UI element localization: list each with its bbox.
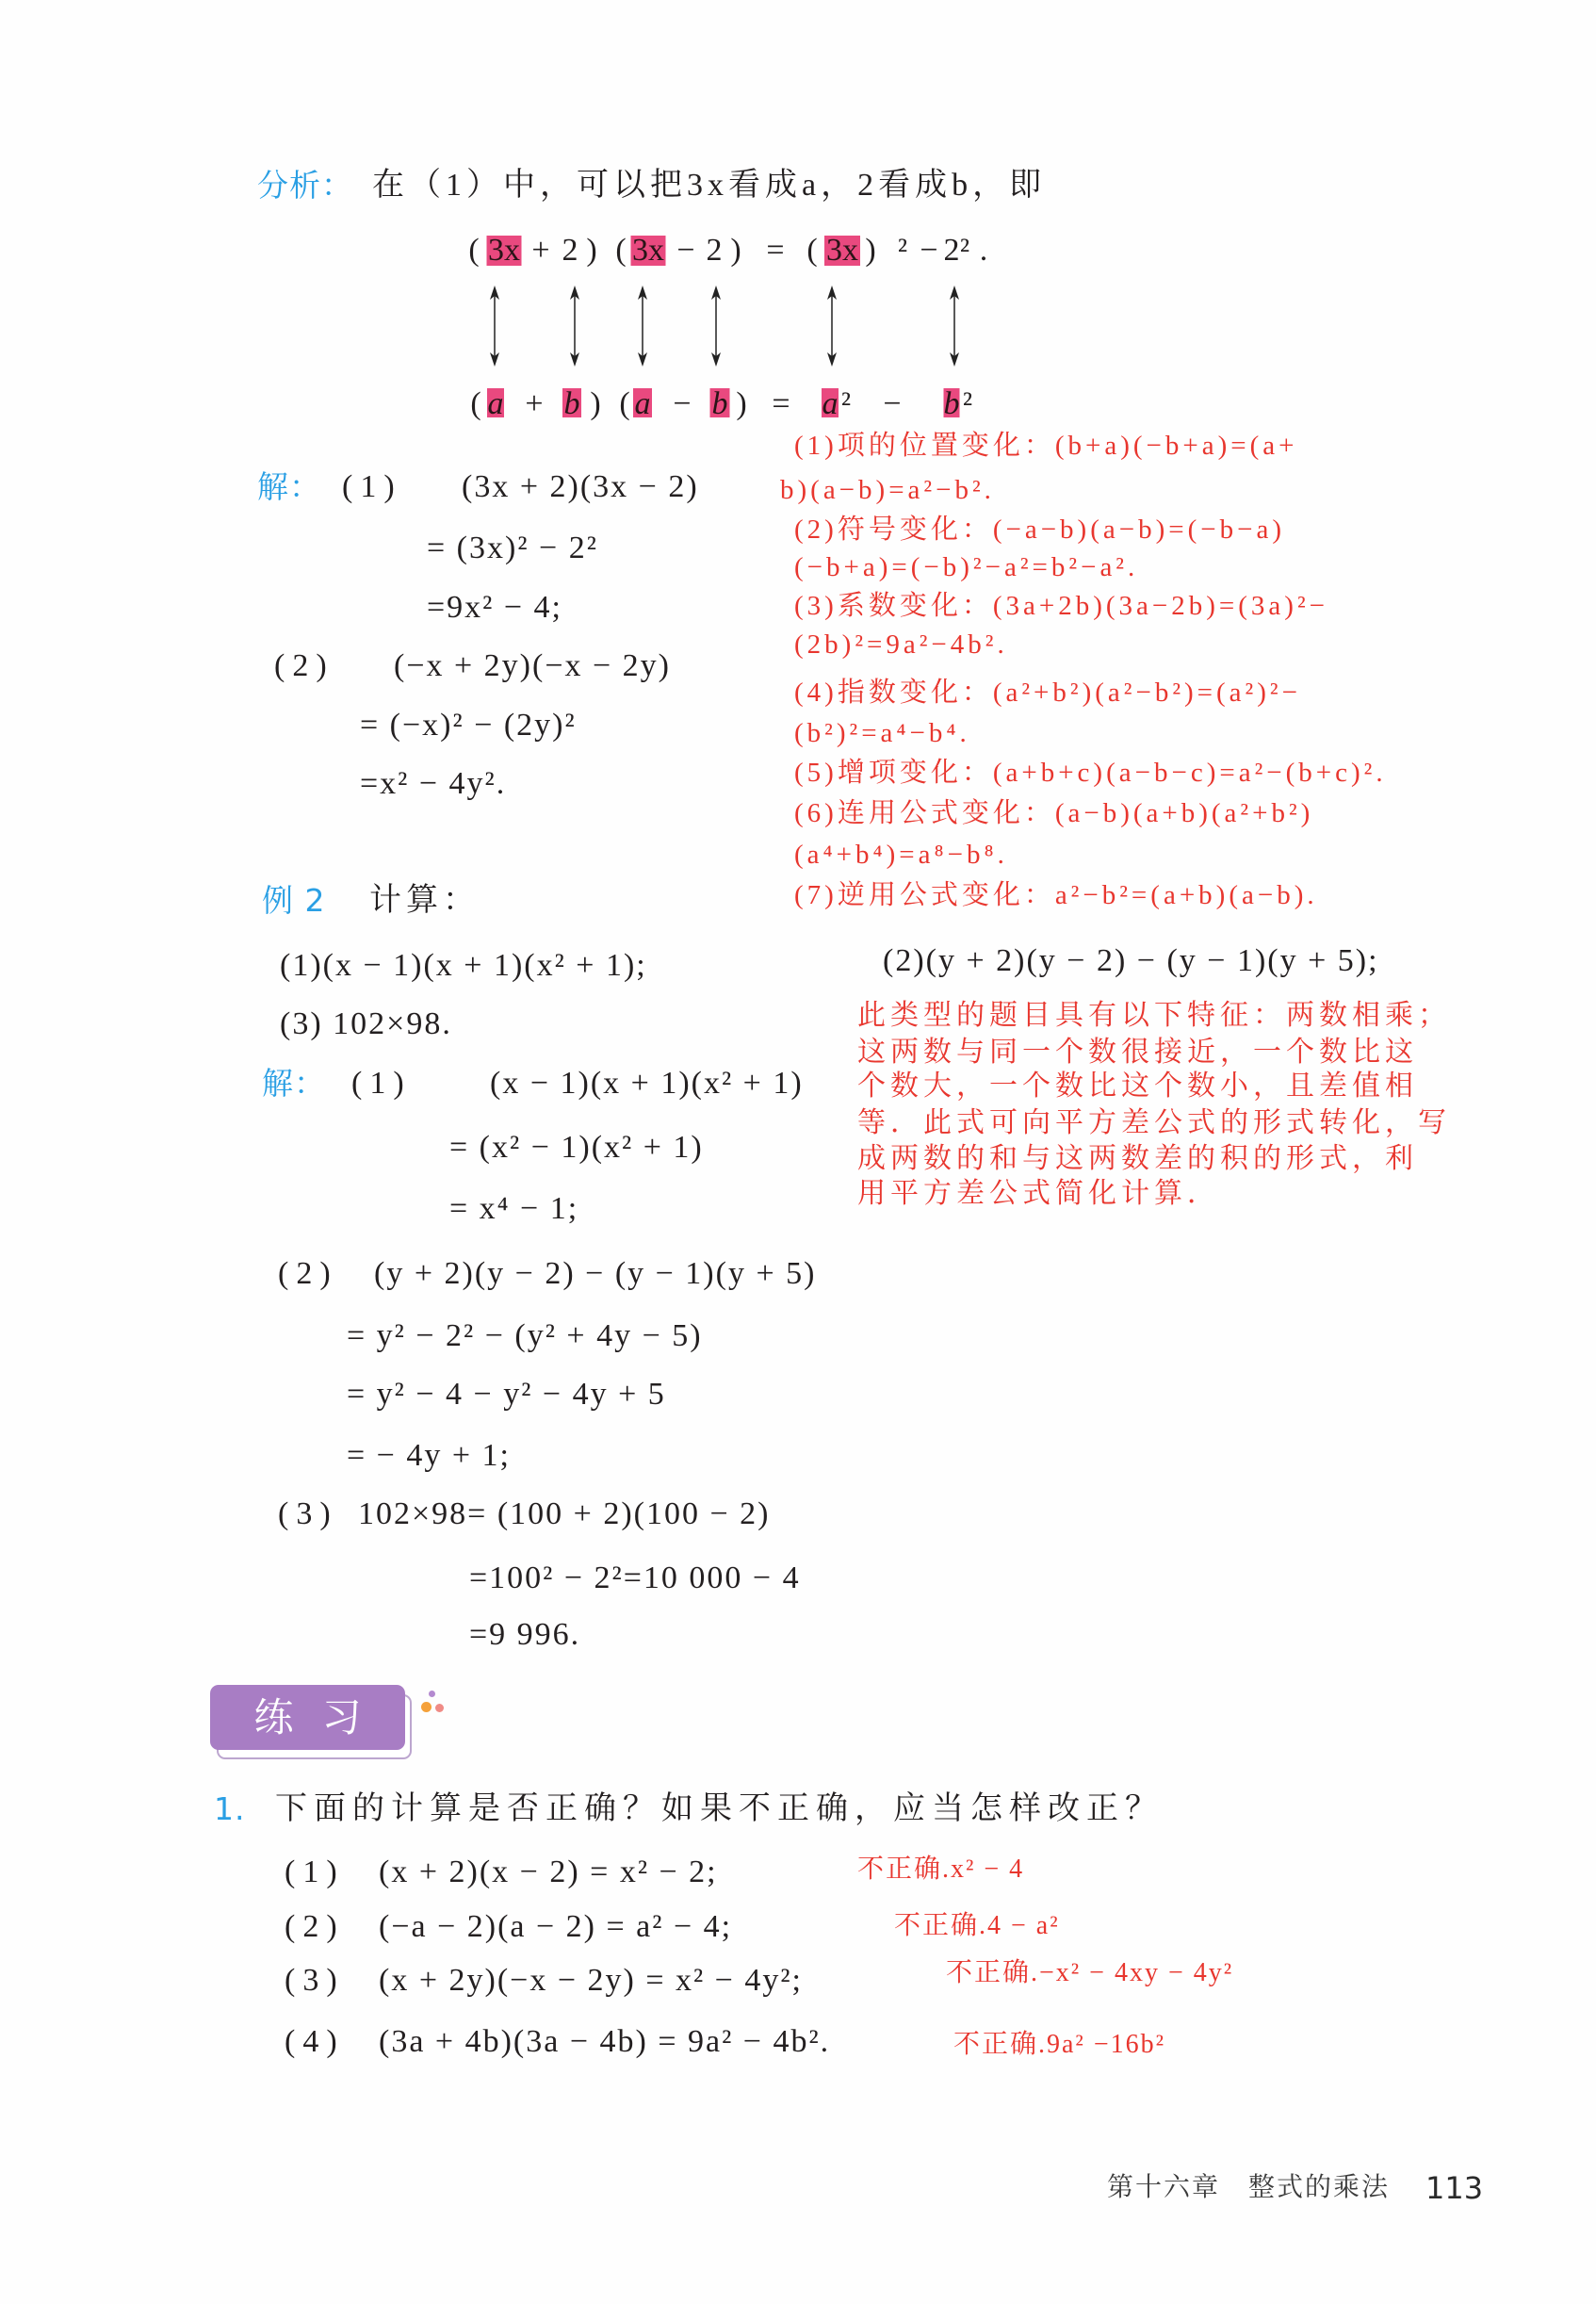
formula-token: = <box>766 236 784 266</box>
formula-token: ) <box>590 388 600 417</box>
note-line: 用平方差公式简化计算． <box>857 1175 1220 1213</box>
formula-token: − <box>883 388 901 417</box>
math-line: (−x + 2y)(−x − 2y) <box>394 647 671 685</box>
math-line: = (−x)² − (2y)² <box>360 707 577 744</box>
formula-token: 2 <box>562 236 578 266</box>
formula-token: ( <box>619 388 629 417</box>
formula-token: ) <box>586 236 596 266</box>
highlighted-term: b <box>562 388 581 417</box>
formula-token: ( <box>470 388 480 417</box>
example-instruction: 计算： <box>369 882 480 920</box>
example-label: 例 2 <box>262 882 326 920</box>
formula-token: 2 <box>944 236 960 266</box>
math-line: =9x² − 4; <box>427 589 562 627</box>
part-number: (3) <box>278 1495 338 1533</box>
part-number: (1) <box>351 1065 412 1103</box>
math-line: = − 4y + 1; <box>347 1437 511 1475</box>
formula-token: . <box>980 236 988 266</box>
item-number: (3) <box>285 1962 345 2000</box>
item-correction: 不正确.−x² − 4xy − 4y² <box>946 1954 1233 1992</box>
math-line: =9 996. <box>469 1616 580 1654</box>
analysis-label: 分析： <box>257 167 353 204</box>
item-number: (4) <box>285 2023 345 2061</box>
textbook-page: 分析： 在（1）中，可以把3x看成a，2看成b，即 ( 3x + 2 ) ( 3… <box>0 0 1596 2304</box>
solution-label: 解： <box>257 468 321 506</box>
analysis-text: 在（1）中，可以把3x看成a，2看成b，即 <box>372 167 1046 204</box>
annotation-line: (a⁴+b⁴)=a⁸−b⁸. <box>794 836 1008 874</box>
formula-token: 2 <box>707 236 723 266</box>
annotation-line: (7)逆用公式变化：a²−b²=(a+b)(a−b). <box>794 876 1318 914</box>
item-correction: 不正确.9a² −16b² <box>953 2026 1165 2064</box>
highlighted-term: 3x <box>824 236 860 266</box>
note-line: 等．此式可向平方差公式的形式转化，写 <box>857 1104 1451 1142</box>
item-number: (2) <box>285 1908 345 1946</box>
math-line: = x⁴ − 1; <box>449 1190 578 1228</box>
item-expression: (x + 2)(x − 2) = x² − 2; <box>379 1854 718 1891</box>
double-arrow-icon <box>487 286 502 367</box>
formula-token: ( <box>806 236 817 266</box>
item-expression: (3a + 4b)(3a − 4b) = 9a² − 4b². <box>379 2023 830 2061</box>
annotation-line: (1)项的位置变化：(b+a)(−b+a)=(a+ <box>794 427 1298 465</box>
formula-token: ) <box>865 236 875 266</box>
formula-token: − <box>676 236 694 266</box>
question-number: 1. <box>214 1790 246 1828</box>
annotation-line: (5)增项变化：(a+b+c)(a−b−c)=a²−(b+c)². <box>794 754 1387 792</box>
annotation-line: (4)指数变化：(a²+b²)(a²−b²)=(a²)²− <box>794 674 1301 711</box>
annotation-line: (2)符号变化：(−a−b)(a−b)=(−b−a) <box>794 511 1285 548</box>
math-line: = (x² − 1)(x² + 1) <box>449 1129 704 1167</box>
highlighted-term: b <box>710 388 730 417</box>
highlighted-term: b <box>944 388 960 417</box>
formula-token: = <box>772 388 790 417</box>
chapter-title: 整式的乘法 <box>1248 2169 1390 2207</box>
note-line: 成两数的和与这两数差的积的形式，利 <box>857 1140 1418 1178</box>
note-line: 这两数与同一个数很接近，一个数比这 <box>857 1034 1418 1071</box>
item-expression: (x + 2y)(−x − 2y) = x² − 4y²; <box>379 1962 803 2000</box>
note-line: 个数大，一个数比这个数小，且差值相 <box>857 1068 1418 1105</box>
problem-item: (1)(x − 1)(x + 1)(x² + 1); <box>280 947 647 985</box>
double-arrow-icon <box>947 286 962 367</box>
highlighted-term: a <box>487 388 504 417</box>
part-number: (2) <box>278 1255 338 1293</box>
math-line: =x² − 4y². <box>360 765 506 803</box>
double-arrow-icon <box>567 286 582 367</box>
formula-token: ( <box>615 236 626 266</box>
formula-token: + <box>525 388 543 417</box>
math-line: = y² − 2² − (y² + 4y − 5) <box>347 1317 703 1355</box>
note-line: 此类型的题目具有以下特征：两数相乘； <box>857 997 1451 1035</box>
math-line: = (3x)² − 2² <box>427 530 598 567</box>
annotation-line: b)(a−b)=a²−b². <box>780 471 995 509</box>
item-correction: 不正确.4 − a² <box>894 1907 1060 1945</box>
question-text: 下面的计算是否正确？如果不正确，应当怎样改正？ <box>275 1790 1164 1828</box>
formula-token: − <box>673 388 691 417</box>
formula-token: − <box>920 236 937 266</box>
decor-dot-pink <box>435 1704 444 1712</box>
problem-item: (3) 102×98. <box>280 1005 452 1043</box>
problem-item: (2)(y + 2)(y − 2) − (y − 1)(y + 5); <box>883 942 1379 980</box>
formula-token: ² <box>841 388 851 417</box>
highlighted-term: 3x <box>487 236 522 266</box>
formula-token: + <box>531 236 549 266</box>
item-expression: (−a − 2)(a − 2) = a² − 4; <box>379 1908 732 1946</box>
math-line: 102×98= (100 + 2)(100 − 2) <box>358 1495 771 1533</box>
highlighted-term: 3x <box>631 236 666 266</box>
math-line: (y + 2)(y − 2) − (y − 1)(y + 5) <box>374 1255 816 1293</box>
part-number: (1) <box>342 468 402 506</box>
decor-dot-orange <box>421 1702 432 1712</box>
math-line: (3x + 2)(3x − 2) <box>462 468 699 506</box>
chapter-label: 第十六章 <box>1107 2169 1220 2207</box>
formula-token: ² <box>960 236 969 266</box>
double-arrow-icon <box>635 286 650 367</box>
formula-token: ( <box>468 236 479 266</box>
annotation-line: (3)系数变化：(3a+2b)(3a−2b)=(3a)²− <box>794 587 1328 625</box>
decor-dot-purple <box>429 1691 435 1697</box>
double-arrow-icon <box>708 286 724 367</box>
highlighted-term: a <box>633 388 652 417</box>
item-number: (1) <box>285 1854 345 1891</box>
part-number: (2) <box>274 647 334 685</box>
annotation-line: (6)连用公式变化：(a−b)(a+b)(a²+b²) <box>794 794 1313 832</box>
annotation-line: (b²)²=a⁴−b⁴. <box>794 714 970 752</box>
formula-token: ) <box>736 388 746 417</box>
page-number: 113 <box>1425 2169 1483 2207</box>
math-line: = y² − 4 − y² − 4y + 5 <box>347 1376 666 1413</box>
solution-label: 解： <box>262 1065 326 1103</box>
annotation-line: (−b+a)=(−b)²−a²=b²−a². <box>794 548 1138 586</box>
item-correction: 不正确.x² − 4 <box>857 1851 1024 1888</box>
highlighted-term: a <box>822 388 839 417</box>
annotation-line: (2b)²=9a²−4b². <box>794 626 1008 663</box>
exercise-badge: 练习 <box>210 1685 405 1750</box>
formula-token: ² <box>898 236 907 266</box>
formula-token: ) <box>730 236 741 266</box>
formula-token: ² <box>963 388 972 417</box>
double-arrow-icon <box>824 286 839 367</box>
math-line: =100² − 2²=10 000 − 4 <box>469 1560 801 1597</box>
math-line: (x − 1)(x + 1)(x² + 1) <box>490 1065 804 1103</box>
